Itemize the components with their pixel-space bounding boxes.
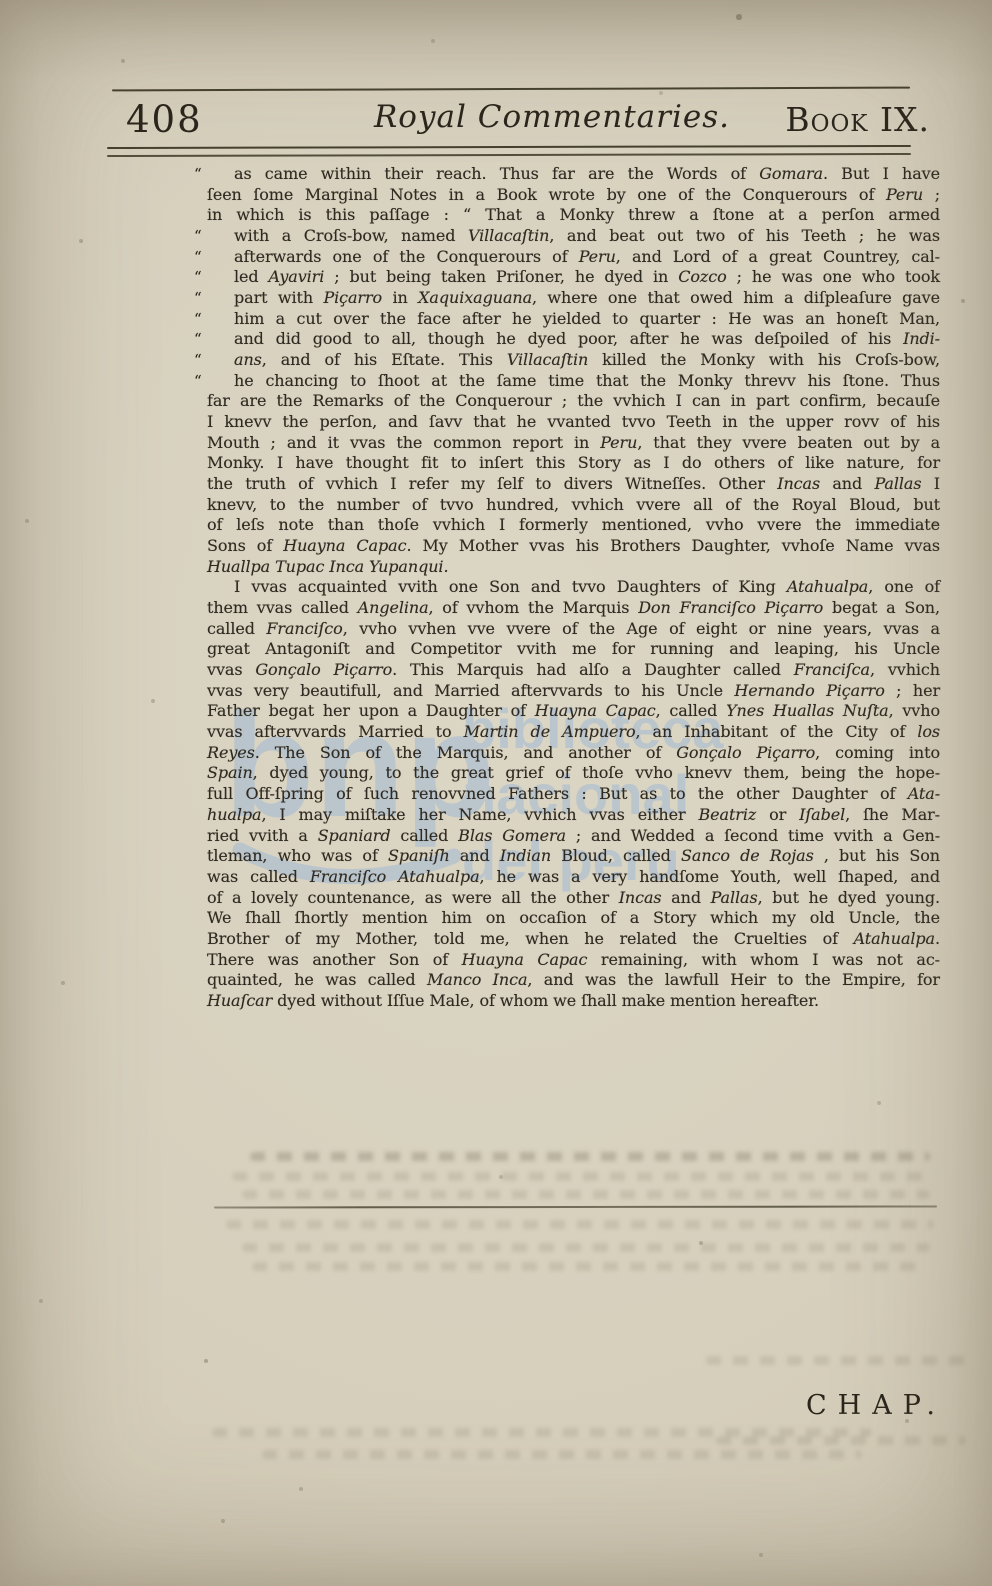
text-line: of leſs note than thoſe vvhich I formerl… — [207, 515, 940, 536]
text-line: We ſhall ſhortly mention him on occaſion… — [207, 908, 940, 929]
text-line: great Antagoniſt and Competitor vvith me… — [207, 639, 940, 660]
text-line: vvas very beautifull, and Married afterv… — [207, 681, 940, 702]
text-line: “afterwards one of the Conquerours of Pe… — [207, 247, 940, 268]
text-line: was called Franciſco Atahualpa, he was a… — [207, 867, 940, 888]
page-top-shading — [0, 0, 992, 80]
quote-mark: “ — [194, 350, 202, 371]
showthrough-smudge — [252, 1262, 920, 1271]
text-line: I vvas acquainted vvith one Son and tvvo… — [207, 577, 940, 598]
text-line: vvas Gonçalo Piçarro. This Marquis had a… — [207, 660, 940, 681]
quote-mark: “ — [194, 329, 202, 350]
text-line: tleman, who was of Spaniſh and Indian Bl… — [207, 846, 940, 867]
text-line: hualpa, I may miſtake her Name, vvhich v… — [207, 805, 940, 826]
showthrough-smudge — [226, 1220, 934, 1229]
text-line: Monky. I have thought fit to inſert this… — [207, 453, 940, 474]
showthrough-smudge — [250, 1152, 930, 1161]
text-line: I knevv the perſon, and ſavv that he vva… — [207, 412, 940, 433]
showthrough-smudge — [232, 1172, 932, 1181]
quote-mark: “ — [194, 247, 202, 268]
text-line: Mouth ; and it vvas the common report in… — [207, 433, 940, 454]
quote-mark: “ — [194, 164, 202, 185]
header-double-rule — [107, 145, 911, 157]
text-line: “he chancing to ſhoot at the ſame time t… — [207, 371, 940, 392]
text-line: full Off-ſpring of ſuch renovvned Father… — [207, 784, 940, 805]
quote-mark: “ — [194, 226, 202, 247]
quote-mark: “ — [194, 288, 202, 309]
text-line: the truth of vvhich I refer my ſelf to d… — [207, 474, 940, 495]
showthrough-smudge — [706, 1356, 966, 1365]
text-line: “part with Piçarro in Xaquixaguana, wher… — [207, 288, 940, 309]
showthrough-smudge — [262, 1450, 862, 1459]
book-page: 408 Royal Commentaries. Book IX. bnp bib… — [0, 0, 992, 1586]
text-line: in which is this paſſage : “ That a Monk… — [207, 205, 940, 226]
text-line: of a lovely countenance, as were all the… — [207, 888, 940, 909]
text-line: “and did good to all, though he dyed poo… — [207, 329, 940, 350]
text-line: “as came within their reach. Thus far ar… — [207, 164, 940, 185]
text-line: “ans, and of his Eſtate. This Villacaſti… — [207, 350, 940, 371]
text-line: far are the Remarks of the Conquerour ; … — [207, 391, 940, 412]
showthrough-smudge — [212, 1428, 872, 1437]
quote-mark: “ — [194, 371, 202, 392]
text-line: There was another Son of Huayna Capac re… — [207, 950, 940, 971]
section-divider-rule — [214, 1205, 937, 1208]
book-label: Book IX. — [785, 100, 930, 139]
text-line: Sons of Huayna Capac. My Mother vvas his… — [207, 536, 940, 557]
text-line: vvas aftervvards Married to Martin de Am… — [207, 722, 940, 743]
header-top-rule — [112, 87, 910, 92]
text-line: ried vvith a Spaniard called Blas Gomera… — [207, 826, 940, 847]
text-line: Father begat her upon a Daughter of Huay… — [207, 701, 940, 722]
text-line: “him a cut over the face after he yielde… — [207, 309, 940, 330]
text-line: knevv, to the number of tvvo hundred, vv… — [207, 495, 940, 516]
quote-mark: “ — [194, 267, 202, 288]
text-line: Reyes. The Son of the Marquis, and anoth… — [207, 743, 940, 764]
text-line: ſeen ſome Marginal Notes in a Book wrote… — [207, 185, 940, 206]
text-line: Huaſcar dyed without Iſſue Male, of whom… — [207, 991, 940, 1012]
text-line: called Franciſco, vvho vvhen vve vvere o… — [207, 619, 940, 640]
showthrough-smudge — [242, 1190, 930, 1199]
body-text: “as came within their reach. Thus far ar… — [207, 164, 940, 1012]
text-line: Brother of my Mother, told me, when he r… — [207, 929, 940, 950]
text-line: them vvas called Angelina, of vvhom the … — [207, 598, 940, 619]
showthrough-smudge — [716, 1436, 966, 1445]
catchword: CHAP. — [806, 1390, 946, 1421]
text-line: Huallpa Tupac Inca Yupanqui. — [207, 557, 940, 578]
quote-mark: “ — [194, 309, 202, 330]
text-line: quainted, he was called Manco Inca, and … — [207, 970, 940, 991]
showthrough-smudge — [242, 1243, 930, 1252]
text-line: “with a Croſs-bow, named Villacaſtin, an… — [207, 226, 940, 247]
text-line: “led Ayaviri ; but being taken Priſoner,… — [207, 267, 940, 288]
text-line: Spain, dyed young, to the great grief of… — [207, 763, 940, 784]
